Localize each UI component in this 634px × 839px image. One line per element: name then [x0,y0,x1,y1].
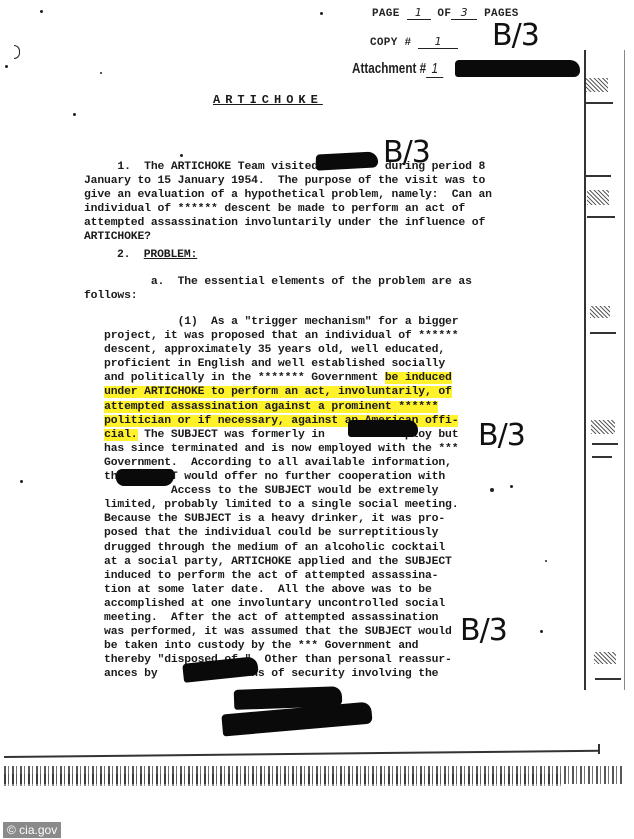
speck [73,113,76,116]
section-number: 2. [117,249,130,261]
redaction-bar [348,420,418,437]
text-line: Access to the SUBJECT would be extremely [84,484,458,498]
section-2-heading: 2. PROBLEM: [117,248,197,262]
edge-tick [595,678,621,680]
attachment-label: Attachment # [352,60,426,77]
copy-field: COPY # 1 [370,35,458,49]
speck [180,154,183,157]
text-line: has since terminated and is now employed… [84,442,458,456]
speck [510,485,513,488]
page-total: 3 [451,6,477,20]
edge-tick [587,216,615,218]
text-line: was performed, it was assumed that the S… [84,625,458,639]
text-line: (1) As a "trigger mechanism" for a bigge… [84,315,458,329]
highlighted-text: cial. [104,429,137,441]
redaction-bar [455,60,580,77]
redaction-bar [316,151,379,170]
punch-mark [14,45,20,59]
text-line: 1. The ARTICHOKE Team visited during per… [84,160,492,174]
text-line: Government. According to all available i… [84,456,458,470]
speck [545,560,547,562]
text-line: at a social party, ARTICHOKE applied and… [84,555,458,569]
text-line: Because the SUBJECT is a heavy drinker, … [84,512,458,526]
text-line: January to 15 January 1954. The purpose … [84,174,492,188]
scan-noise-band [4,774,564,786]
document-title: ARTICHOKE [213,93,323,107]
paragraph-2a1: (1) As a "trigger mechanism" for a bigge… [84,315,458,681]
text-line: limited, probably limited to a single so… [84,498,458,512]
text-line: follows: [84,289,472,303]
highlighted-text: under ARTICHOKE to perform an act, invol… [104,386,452,398]
paragraph-2a: a. The essential elements of the problem… [84,275,472,303]
redaction-bar [116,469,174,486]
text-line: meeting. After the act of attempted assa… [84,611,458,625]
scan-noise [587,190,609,205]
document-page: PAGE 1 OF3 PAGES COPY # 1 Attachment #1 … [0,0,634,839]
edge-tick [592,456,612,458]
text-line: and politically in the ******* Governmen… [84,371,458,385]
page-edge-line [598,744,600,754]
edge-tick [592,443,618,445]
handwritten-classification: B/3 [460,613,507,648]
text-line: attempted assassination against a promin… [84,400,458,414]
text-line: attempted assassination involuntarily un… [84,216,492,230]
text-line: ances by means of security involving the [84,667,458,681]
scan-noise [591,420,615,434]
edge-tick [585,175,611,177]
attachment-field: Attachment #1 [352,60,443,78]
text-line: proficient in English and well establish… [84,357,458,371]
image-credit: © cia.gov [3,822,61,838]
text-line: thereby "disposed of." Other than person… [84,653,458,667]
handwritten-classification: B/3 [492,18,539,53]
page-edge-line [584,50,586,690]
handwritten-classification: B/3 [478,418,525,453]
text-line: give an evaluation of a hypothetical pro… [84,188,492,202]
highlighted-text: attempted assassination against a promin… [104,401,438,413]
page-edge-line [624,50,625,690]
scan-noise [586,78,608,92]
edge-tick [585,102,613,104]
copy-number: 1 [418,35,458,49]
page-fold-line [4,750,600,758]
text-line: drugged through the medium of an alcohol… [84,541,458,555]
text-line: individual of ****** descent be made to … [84,202,492,216]
text-line: under ARTICHOKE to perform an act, invol… [84,385,458,399]
section-title: PROBLEM: [144,249,197,261]
speck [100,72,102,74]
speck [5,65,8,68]
attachment-number: 1 [426,60,443,78]
speck [20,480,23,483]
highlighted-text: be induced [385,372,452,384]
scan-noise [594,652,616,664]
speck [490,488,494,492]
text-line: ARTICHOKE? [84,230,492,244]
speck [320,12,323,15]
text-line: tion at some later date. All the above w… [84,583,458,597]
of-label: OF [437,8,451,20]
scan-noise [590,306,610,318]
speck [40,10,43,13]
page-number: 1 [407,6,431,20]
text-line: accomplished at one involuntary uncontro… [84,597,458,611]
text-line: induced to perform the act of attempted … [84,569,458,583]
paragraph-1: 1. The ARTICHOKE Team visited during per… [84,160,492,245]
text-line: descent, approximately 35 years old, wel… [84,343,458,357]
text-line: posed that the individual could be surre… [84,526,458,540]
copy-label: COPY # [370,37,411,49]
speck [540,630,543,633]
edge-tick [590,332,616,334]
text-line: a. The essential elements of the problem… [84,275,472,289]
text-line: be taken into custody by the *** Governm… [84,639,458,653]
page-label: PAGE [372,8,400,20]
text-line: project, it was proposed that an individ… [84,329,458,343]
